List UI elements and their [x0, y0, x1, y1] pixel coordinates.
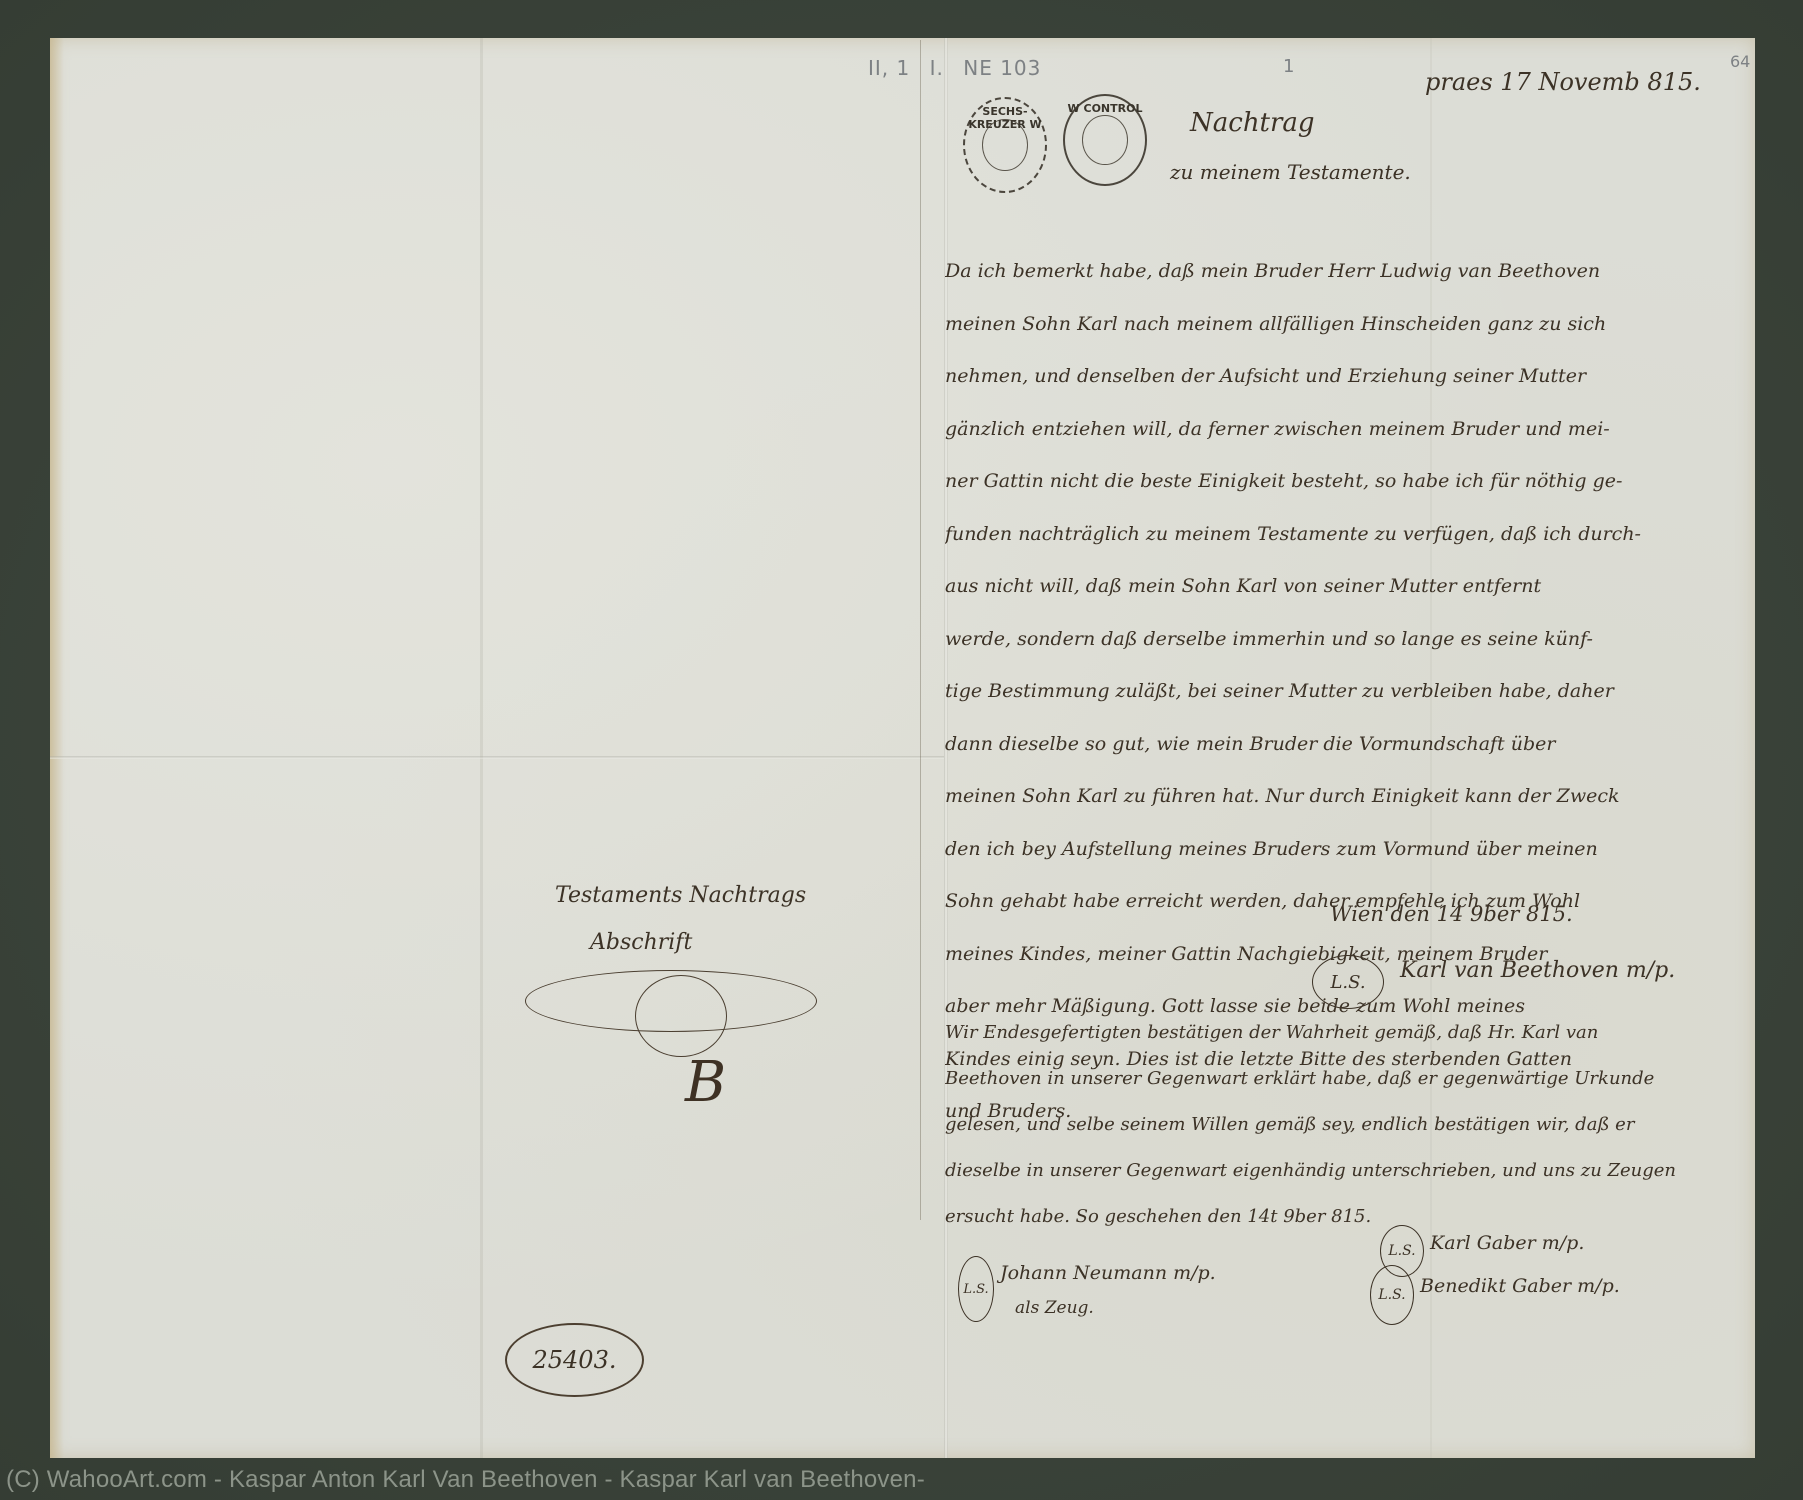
stamp-inner-ring: [1082, 115, 1127, 165]
catalog-ref: NE 103: [963, 56, 1041, 80]
attestation-line: dieselbe in unserer Gegenwart eigenhändi…: [945, 1148, 1735, 1194]
endorsement-title: Testaments Nachtrags: [555, 883, 806, 908]
paper-edge-stain: [50, 38, 64, 1458]
calligraphic-loop: [635, 975, 727, 1057]
document-heading: Nachtrag: [1190, 108, 1315, 138]
witness-role: als Zeug.: [1015, 1298, 1094, 1318]
attestation-line: Wir Endesgefertigten bestätigen der Wahr…: [945, 1010, 1735, 1056]
witness-seal: L.S.: [1370, 1265, 1414, 1325]
witness-attestation: Wir Endesgefertigten bestätigen der Wahr…: [945, 1010, 1735, 1240]
witness-seal: L.S.: [958, 1256, 994, 1322]
witness-signature: Benedikt Gaber m/p.: [1420, 1275, 1620, 1297]
copyright-watermark: (C) WahooArt.com - Kaspar Anton Karl Van…: [6, 1466, 925, 1494]
body-line: nehmen, und denselben der Aufsicht und E…: [945, 350, 1735, 403]
main-signature: Karl van Beethoven m/p.: [1400, 958, 1675, 983]
archival-references: II, 1 I. NE 103: [868, 56, 1053, 80]
body-line: gänzlich entziehen will, da ferner zwisc…: [945, 403, 1735, 456]
sechs-kreuzer-stamp: SECHS-KREUZER W: [963, 97, 1047, 193]
witness-signature: Karl Gaber m/p.: [1430, 1232, 1584, 1254]
witness-signature: Johann Neumann m/p.: [1000, 1262, 1216, 1284]
date-line: Wien den 14 9ber 815.: [1330, 902, 1573, 926]
body-line: funden nachträglich zu meinem Testamente…: [945, 508, 1735, 561]
body-line: Da ich bemerkt habe, daß mein Bruder Her…: [945, 245, 1735, 298]
body-line: tige Bestimmung zuläßt, bei seiner Mutte…: [945, 665, 1735, 718]
folio-number: 64: [1730, 52, 1750, 71]
seal-mark: L.S.: [1312, 955, 1384, 1009]
endorsement-letter: B: [685, 1050, 726, 1115]
body-line: meinen Sohn Karl nach meinem allfälligen…: [945, 298, 1735, 351]
body-line: werde, sondern daß derselbe immerhin und…: [945, 613, 1735, 666]
stamp-text: W CONTROL: [1065, 102, 1145, 115]
attestation-line: gelesen, und selbe seinem Willen gemäß s…: [945, 1102, 1735, 1148]
received-note: praes 17 Novemb 815.: [1425, 68, 1701, 96]
horizontal-fold: [50, 756, 944, 759]
body-line: meinen Sohn Karl zu führen hat. Nur durc…: [945, 770, 1735, 823]
body-line: ner Gattin nicht die beste Einigkeit bes…: [945, 455, 1735, 508]
body-line: aus nicht will, daß mein Sohn Karl von s…: [945, 560, 1735, 613]
shelf-mark-1: II, 1: [868, 56, 910, 80]
shelf-mark-2: I.: [930, 56, 944, 80]
fold-crease-left: [480, 38, 483, 1458]
body-line: den ich bey Aufstellung meines Bruders z…: [945, 823, 1735, 876]
attestation-line: ersucht habe. So geschehen den 14t 9ber …: [945, 1194, 1735, 1240]
archive-number: 25403.: [505, 1323, 644, 1397]
document-subheading: zu meinem Testamente.: [1170, 160, 1411, 184]
control-stamp: W CONTROL: [1063, 94, 1147, 186]
endorsement-subtitle: Abschrift: [590, 930, 692, 955]
body-line: dann dieselbe so gut, wie mein Bruder di…: [945, 718, 1735, 771]
attestation-line: Beethoven in unserer Gegenwart erklärt h…: [945, 1056, 1735, 1102]
margin-line: [920, 40, 921, 1220]
page-number: 1: [1283, 56, 1294, 77]
stamp-text: SECHS-KREUZER W: [965, 105, 1045, 131]
